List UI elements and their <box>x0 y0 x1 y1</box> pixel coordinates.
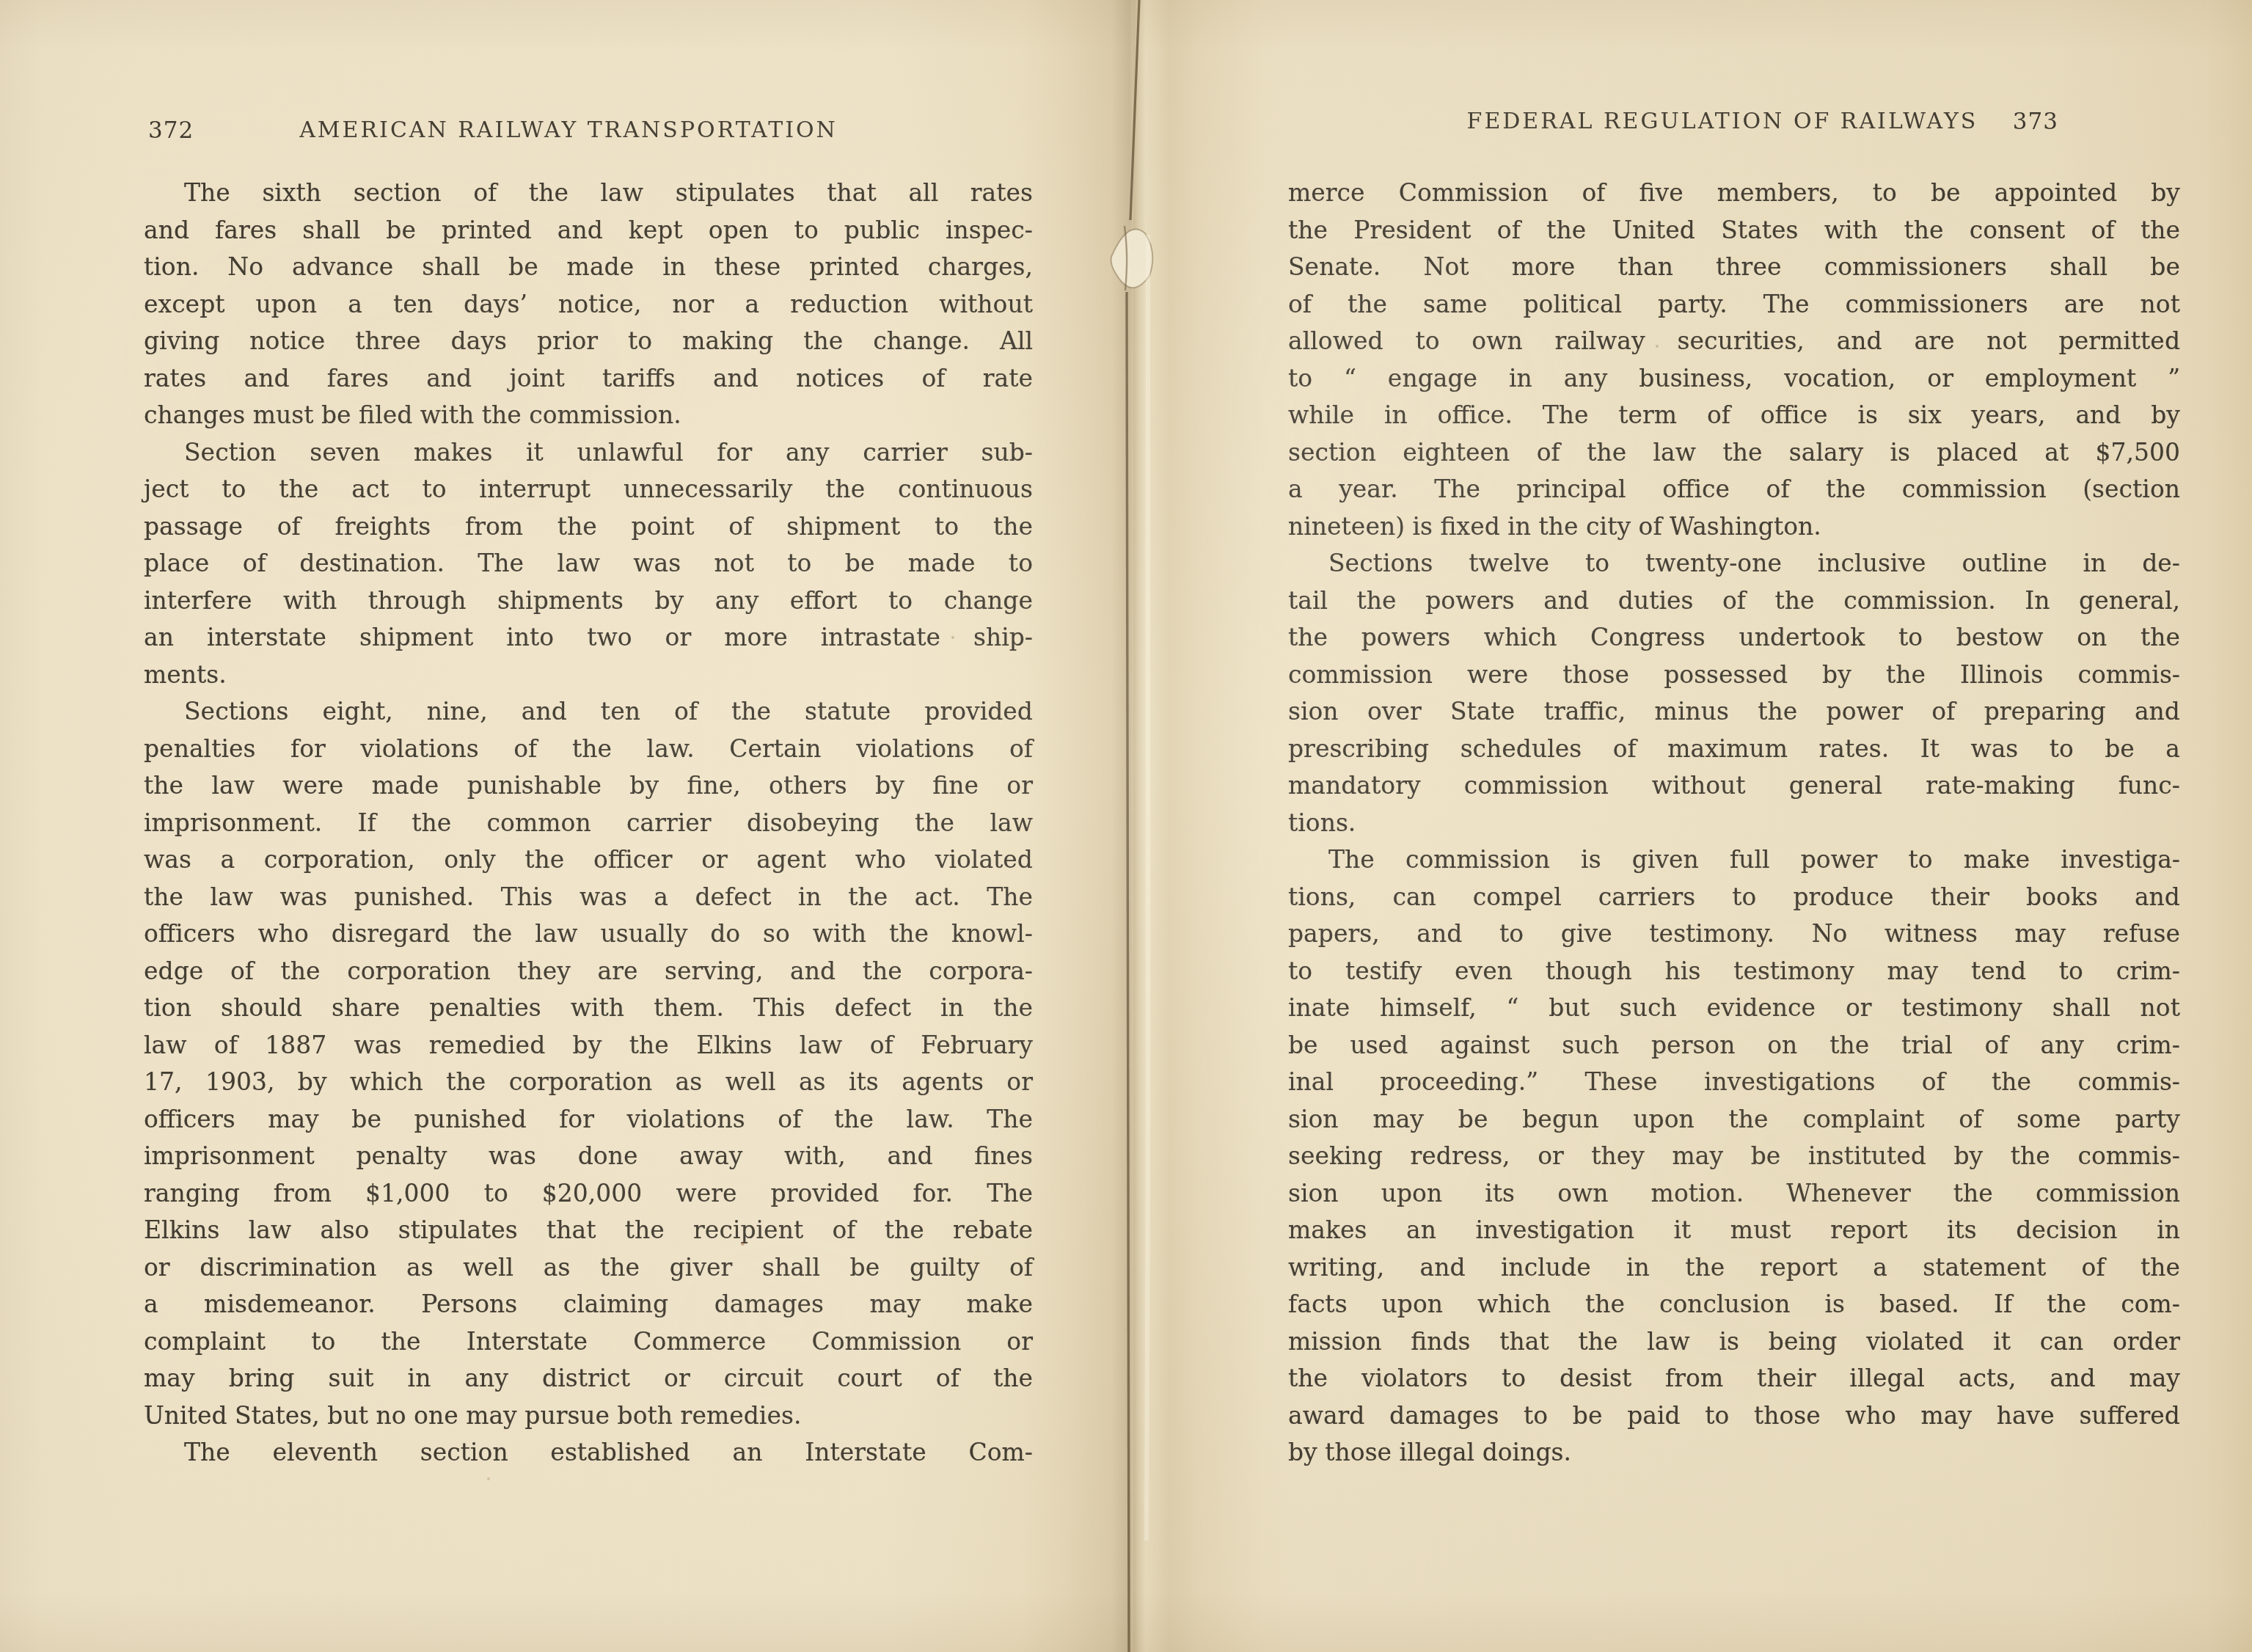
text-line: inate himself, “ but such evidence or te… <box>1288 990 2180 1027</box>
text-line: Sections twelve to twenty-one inclusive … <box>1288 545 2180 582</box>
text-line: law of 1887 was remedied by the Elkins l… <box>144 1027 1033 1064</box>
text-line: passage of freights from the point of sh… <box>144 508 1033 546</box>
text-line: tions, can compel carriers to produce th… <box>1288 879 2180 916</box>
text-line: sion over State traffic, minus the power… <box>1288 693 2180 731</box>
text-line: The sixth section of the law stipulates … <box>144 175 1033 212</box>
text-line: a year. The principal office of the comm… <box>1288 471 2180 508</box>
text-line: changes must be filed with the commissio… <box>144 397 1033 434</box>
text-line: officers who disregard the law usually d… <box>144 915 1033 953</box>
text-line: and fares shall be printed and kept open… <box>144 212 1033 249</box>
text-line: merce Commission of five members, to be … <box>1288 175 2180 212</box>
text-line: penalties for violations of the law. Cer… <box>144 731 1033 768</box>
text-line: nineteen) is fixed in the city of Washin… <box>1288 508 2180 546</box>
text-line: tion. No advance shall be made in these … <box>144 249 1033 286</box>
book-scan: 372 AMERICAN RAILWAY TRANSPORTATION The … <box>0 0 2252 1652</box>
text-line: an interstate shipment into two or more … <box>144 619 1033 657</box>
text-line: may bring suit in any district or circui… <box>144 1360 1033 1397</box>
text-line: except upon a ten days’ notice, nor a re… <box>144 286 1033 324</box>
left-running-title: AMERICAN RAILWAY TRANSPORTATION <box>124 117 1013 150</box>
text-line: to “ engage in any business, vocation, o… <box>1288 360 2180 398</box>
right-page-body: merce Commission of five members, to be … <box>1288 175 2180 1472</box>
text-line: the violators to desist from their illeg… <box>1288 1360 2180 1397</box>
text-line: was a corporation, only the officer or a… <box>144 841 1033 879</box>
text-line: rates and fares and joint tariffs and no… <box>144 360 1033 398</box>
right-page-number: 373 <box>2013 109 2058 135</box>
text-line: makes an investigation it must report it… <box>1288 1212 2180 1249</box>
text-line: allowed to own railway securities, and a… <box>1288 323 2180 360</box>
text-line: tions. <box>1288 805 2180 842</box>
text-line: seeking redress, or they may be institut… <box>1288 1138 2180 1175</box>
text-line: place of destination. The law was not to… <box>144 545 1033 582</box>
text-line: papers, and to give testimony. No witnes… <box>1288 915 2180 953</box>
text-line: The eleventh section established an Inte… <box>144 1434 1033 1472</box>
text-line: tail the powers and duties of the commis… <box>1288 582 2180 620</box>
text-line: or discrimination as well as the giver s… <box>144 1249 1033 1287</box>
text-line: a misdemeanor. Persons claiming damages … <box>144 1286 1033 1323</box>
text-line: the powers which Congress undertook to b… <box>1288 619 2180 657</box>
text-line: the law were made punishable by fine, ot… <box>144 767 1033 805</box>
text-line: imprisonment penalty was done away with,… <box>144 1138 1033 1175</box>
text-line: the President of the United States with … <box>1288 212 2180 249</box>
left-page-body: The sixth section of the law stipulates … <box>144 175 1033 1472</box>
text-line: the law was punished. This was a defect … <box>144 879 1033 916</box>
text-line: edge of the corporation they are serving… <box>144 953 1033 990</box>
text-line: facts upon which the conclusion is based… <box>1288 1286 2180 1323</box>
text-line: Sections eight, nine, and ten of the sta… <box>144 693 1033 731</box>
text-line: inal proceeding.” These investigations o… <box>1288 1064 2180 1101</box>
text-line: be used against such person on the trial… <box>1288 1027 2180 1064</box>
text-line: mission finds that the law is being viol… <box>1288 1323 2180 1361</box>
text-line: giving notice three days prior to making… <box>144 323 1033 360</box>
text-line: mandatory commission without general rat… <box>1288 767 2180 805</box>
text-line: prescribing schedules of maximum rates. … <box>1288 731 2180 768</box>
text-line: sion may be begun upon the complaint of … <box>1288 1101 2180 1139</box>
text-line: Section seven makes it unlawful for any … <box>144 434 1033 472</box>
text-line: commission were those possessed by the I… <box>1288 657 2180 694</box>
text-line: Elkins law also stipulates that the reci… <box>144 1212 1033 1249</box>
text-line: The commission is given full power to ma… <box>1288 841 2180 879</box>
text-line: officers may be punished for violations … <box>144 1101 1033 1139</box>
text-line: ments. <box>144 657 1033 694</box>
text-line: sion upon its own motion. Whenever the c… <box>1288 1175 2180 1213</box>
right-page: FEDERAL REGULATION OF RAILWAYS 373 merce… <box>1133 0 2252 1652</box>
text-line: Senate. Not more than three commissioner… <box>1288 249 2180 286</box>
text-line: of the same political party. The commiss… <box>1288 286 2180 324</box>
text-line: complaint to the Interstate Commerce Com… <box>144 1323 1033 1361</box>
text-line: ject to the act to interrupt unnecessari… <box>144 471 1033 508</box>
text-line: interfere with through shipments by any … <box>144 582 1033 620</box>
text-line: to testify even though his testimony may… <box>1288 953 2180 990</box>
text-line: by those illegal doings. <box>1288 1434 2180 1472</box>
text-line: 17, 1903, by which the corporation as we… <box>144 1064 1033 1101</box>
text-line: section eighteen of the law the salary i… <box>1288 434 2180 472</box>
text-line: United States, but no one may pursue bot… <box>144 1397 1033 1435</box>
text-line: ranging from $1,000 to $20,000 were prov… <box>144 1175 1033 1213</box>
left-page: 372 AMERICAN RAILWAY TRANSPORTATION The … <box>0 0 1133 1652</box>
text-line: tion should share penalties with them. T… <box>144 990 1033 1027</box>
text-line: imprisonment. If the common carrier diso… <box>144 805 1033 842</box>
text-line: award damages to be paid to those who ma… <box>1288 1397 2180 1435</box>
text-line: writing, and include in the report a sta… <box>1288 1249 2180 1287</box>
text-line: while in office. The term of office is s… <box>1288 397 2180 434</box>
